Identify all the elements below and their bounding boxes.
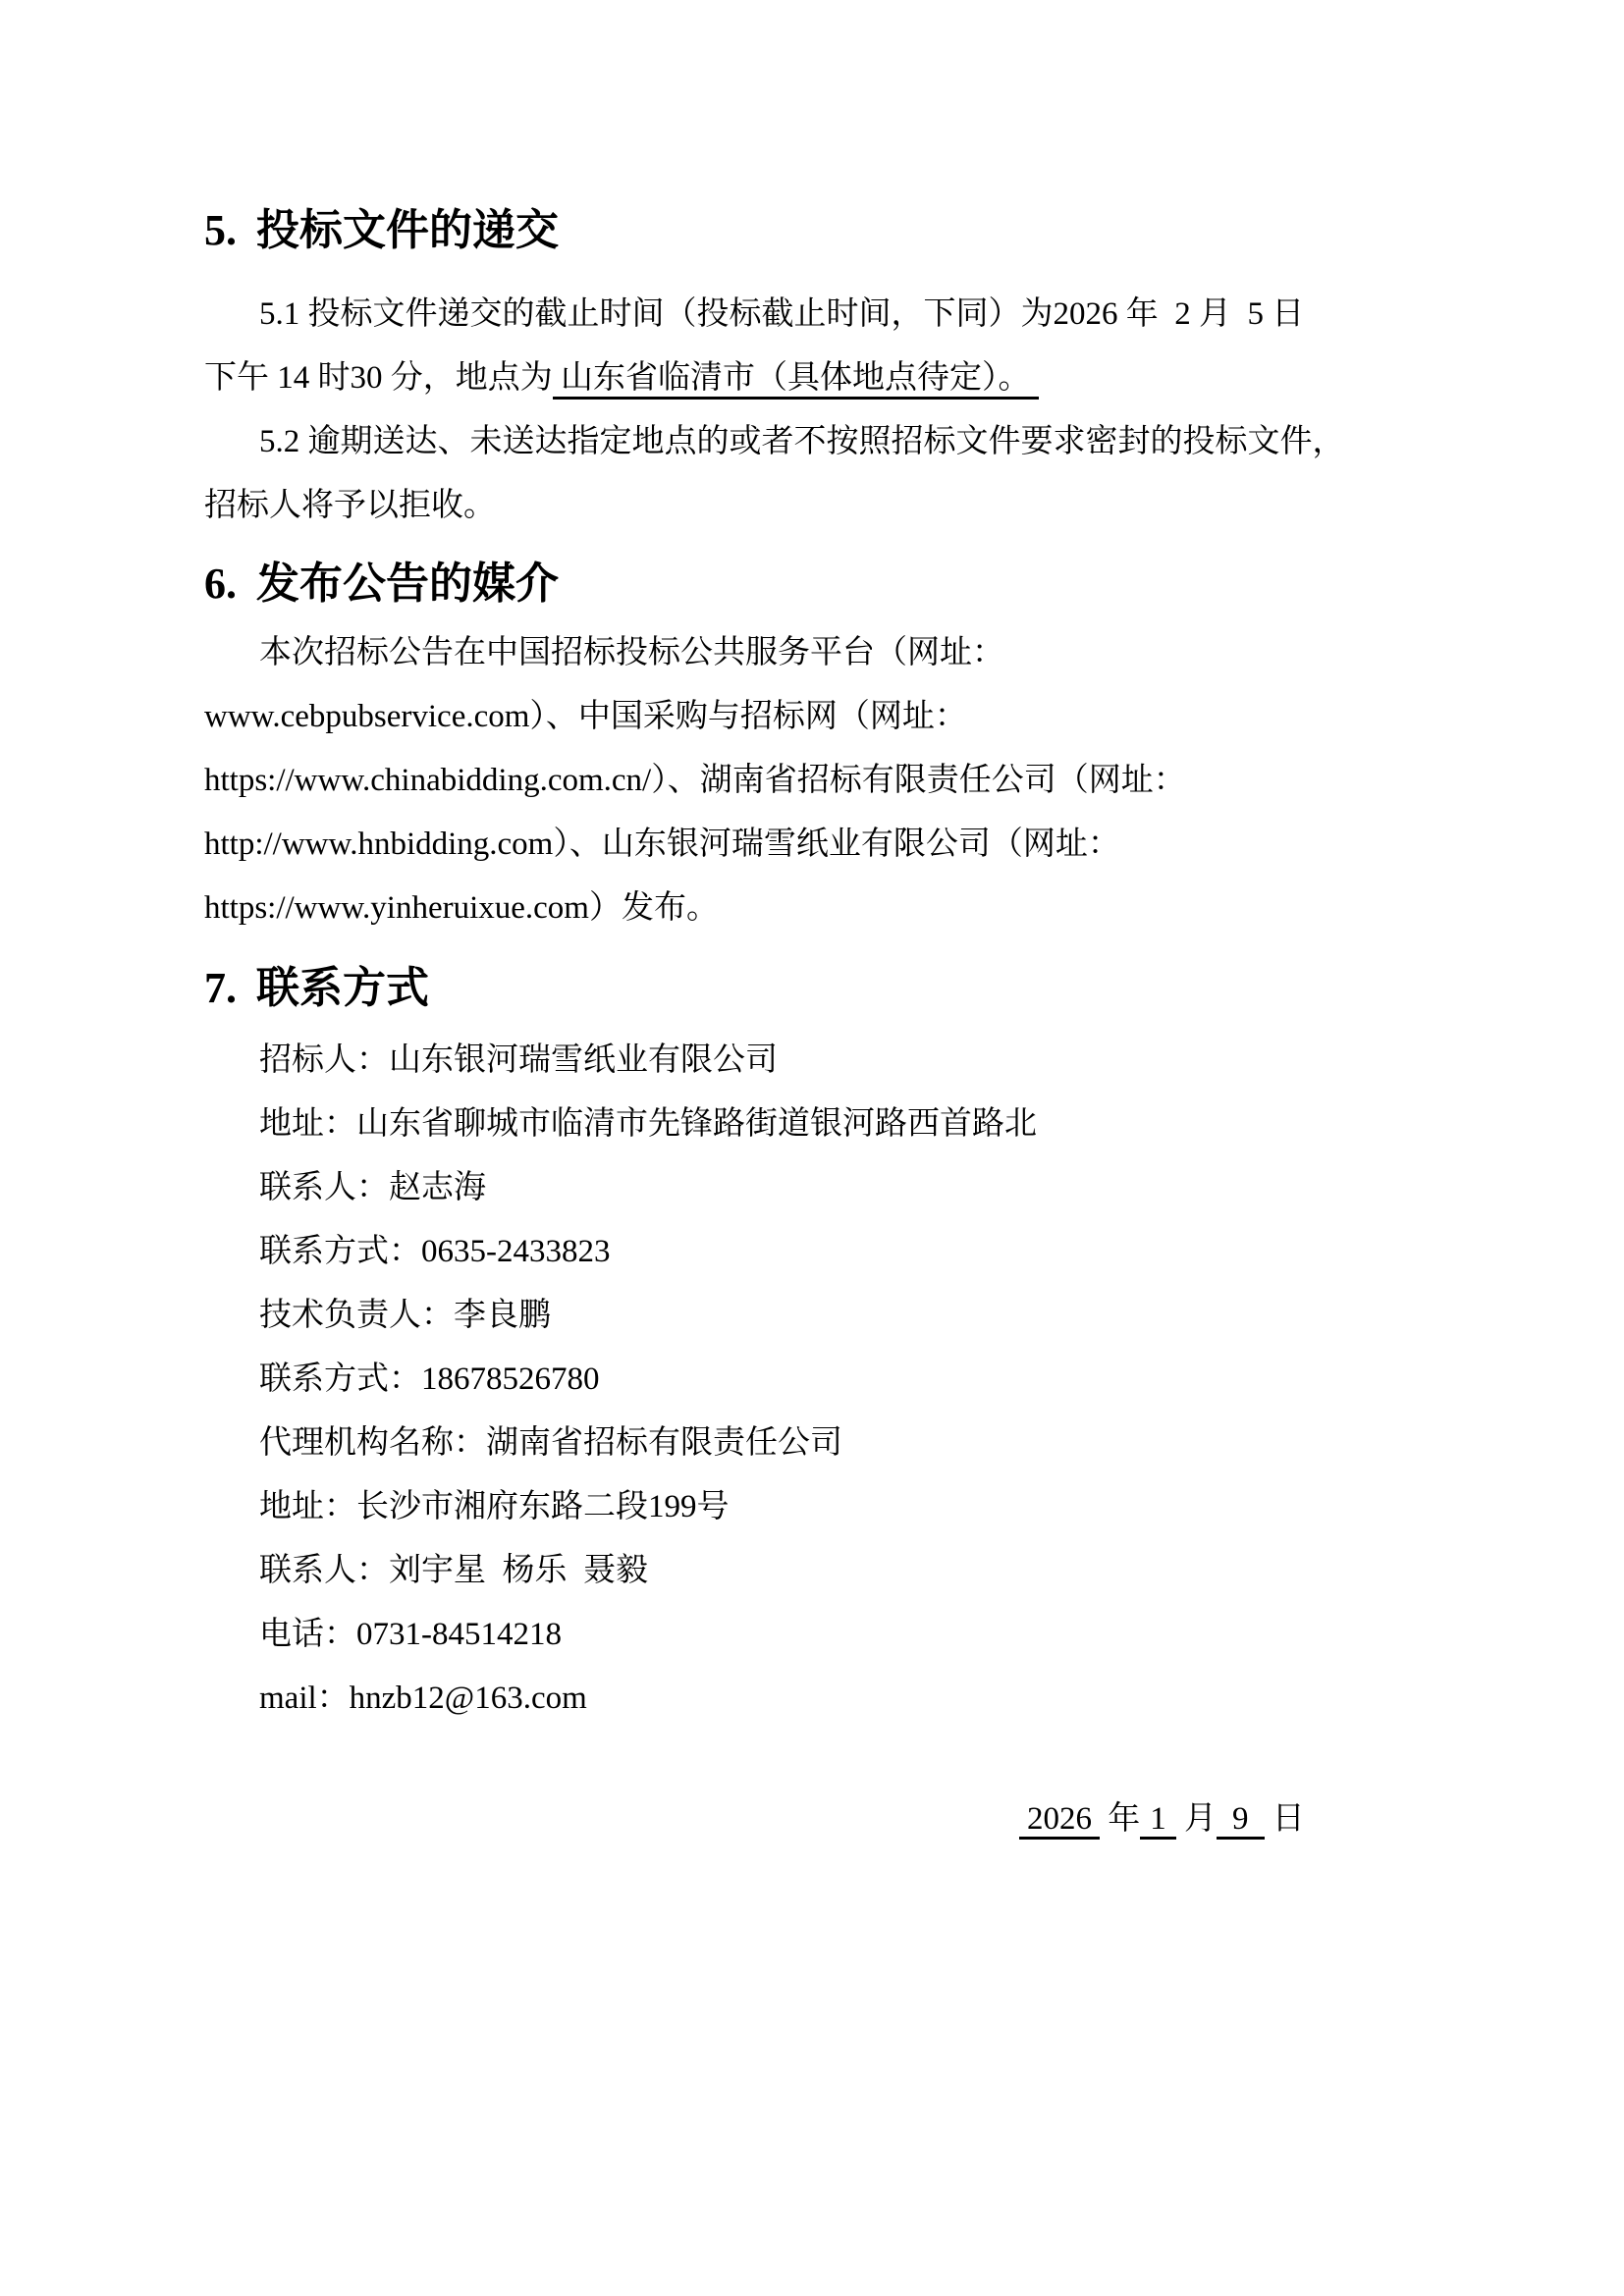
contact-line-bidder-person: 联系人：赵志海 bbox=[204, 1156, 1506, 1220]
contact-line-agency-mail: mail：hnzb12@163.com bbox=[204, 1667, 1506, 1731]
contact-line-agency-address: 地址：长沙市湘府东路二段199号 bbox=[204, 1475, 1506, 1539]
contact-line-agency-name: 代理机构名称：湖南省招标有限责任公司 bbox=[204, 1412, 1506, 1475]
date-month: 1 bbox=[1140, 1801, 1176, 1840]
contact-line-tech-phone: 联系方式：18678526780 bbox=[204, 1348, 1506, 1412]
media-line-1: 本次招标公告在中国招标投标公共服务平台（网址： bbox=[204, 621, 1506, 685]
contact-line-tech-person: 技术负责人：李良鹏 bbox=[204, 1284, 1506, 1348]
section-5-heading: 5.投标文件的递交 bbox=[204, 202, 1506, 259]
top-margin bbox=[204, 0, 1506, 202]
para-5-1-line-2-prefix: 下午 14 时30 分，地点为 bbox=[204, 360, 553, 396]
section-5-title: 投标文件的递交 bbox=[256, 206, 559, 254]
media-line-2: www.cebpubservice.com）、中国采购与招标网（网址： bbox=[204, 685, 1506, 749]
para-5-2-line-2: 招标人将予以拒收。 bbox=[204, 474, 1506, 538]
document-page: 5.投标文件的递交 5.1 投标文件递交的截止时间（投标截止时间，下同）为202… bbox=[0, 0, 1624, 2296]
section-7-heading: 7.联系方式 bbox=[204, 960, 1506, 1017]
para-5-1-line-1: 5.1 投标文件递交的截止时间（投标截止时间，下同）为2026 年 2 月 5 … bbox=[204, 283, 1506, 347]
date-month-unit: 月 bbox=[1176, 1801, 1217, 1837]
section-5-number: 5. bbox=[204, 202, 237, 259]
section-6-number: 6. bbox=[204, 556, 237, 613]
date-day-unit: 日 bbox=[1265, 1801, 1305, 1837]
contact-line-agency-persons: 联系人：刘宇星 杨乐 聂毅 bbox=[204, 1539, 1506, 1603]
para-5-1-line-2: 下午 14 时30 分，地点为 山东省临清市（具体地点待定）。 bbox=[204, 347, 1506, 410]
date-year: 2026 bbox=[1019, 1801, 1100, 1840]
contact-line-bidder: 招标人：山东银河瑞雪纸业有限公司 bbox=[204, 1029, 1506, 1093]
section-7-title: 联系方式 bbox=[256, 964, 429, 1012]
contact-line-bidder-phone: 联系方式：0635-2433823 bbox=[204, 1220, 1506, 1284]
document-content: 5.投标文件的递交 5.1 投标文件递交的截止时间（投标截止时间，下同）为202… bbox=[0, 0, 1624, 1851]
media-line-4: http://www.hnbidding.com）、山东银河瑞雪纸业有限公司（网… bbox=[204, 813, 1506, 877]
contact-line-bidder-address: 地址：山东省聊城市临清市先锋路街道银河路西首路北 bbox=[204, 1093, 1506, 1156]
date-year-unit: 年 bbox=[1100, 1801, 1140, 1837]
media-line-3: https://www.chinabidding.com.cn/）、湖南省招标有… bbox=[204, 749, 1506, 813]
section-6-heading: 6.发布公告的媒介 bbox=[204, 556, 1506, 613]
contact-line-agency-phone: 电话：0731-84514218 bbox=[204, 1603, 1506, 1667]
media-line-5: https://www.yinheruixue.com）发布。 bbox=[204, 877, 1506, 940]
bid-location-underlined: 山东省临清市（具体地点待定）。 bbox=[553, 360, 1039, 400]
para-5-2-line-1: 5.2 逾期送达、未送达指定地点的或者不按照招标文件要求密封的投标文件， bbox=[204, 410, 1506, 474]
signature-date: 2026 年1 月9 日 bbox=[1019, 1788, 1506, 1851]
section-6-title: 发布公告的媒介 bbox=[256, 560, 559, 608]
date-day: 9 bbox=[1217, 1801, 1265, 1840]
section-7-number: 7. bbox=[204, 960, 237, 1017]
